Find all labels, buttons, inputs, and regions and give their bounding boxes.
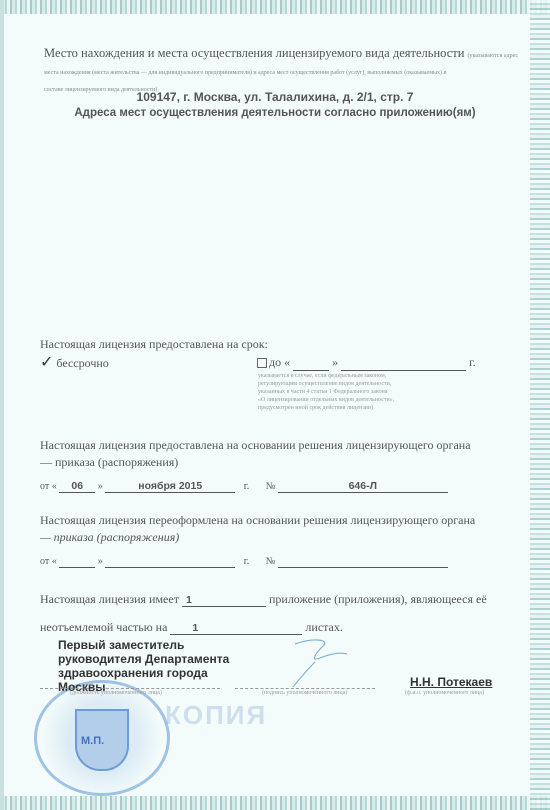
day-suffix: »: [98, 556, 103, 567]
checkmark-icon: ✓: [40, 352, 53, 371]
name-caption: (ф.и.о. уполномоченного лица): [405, 689, 484, 697]
reissued-number: [278, 555, 448, 568]
granted-basis-line-2: — приказа (распоряжения): [40, 455, 178, 470]
ornamental-border-left: [0, 0, 4, 810]
annex-suffix: приложение (приложения), являющееся её: [269, 592, 487, 606]
annex-line: Настоящая лицензия имеет 1 приложение (п…: [40, 592, 487, 607]
reissued-basis-line-1: Настоящая лицензия переоформлена на осно…: [40, 513, 475, 528]
official-stamp: М.П.: [34, 680, 170, 796]
address-main: 109147, г. Москва, ул. Талалихина, д. 2/…: [0, 90, 550, 104]
number-label: №: [266, 481, 276, 492]
note-line: указанных в части 4 статьи 1 Федеральног…: [258, 388, 428, 396]
note-line: «О лицензировании отдельных видов деятел…: [258, 396, 428, 404]
granted-month-year: ноября 2015: [105, 480, 235, 493]
position-line: руководителя Департамента: [58, 652, 229, 666]
ornamental-border-top: [0, 0, 550, 14]
term-until-day: [293, 355, 329, 371]
location-title-note: (указываются адрес: [468, 53, 519, 59]
reissued-basis-order: от « » г. №: [40, 555, 490, 568]
signatory-name: Н.Н. Потекаев: [410, 675, 492, 689]
year-suffix: г.: [244, 556, 249, 567]
term-until-mid: »: [332, 355, 338, 369]
day-suffix: »: [98, 481, 103, 492]
location-title: Место нахождения и места осуществления л…: [44, 46, 464, 60]
copy-watermark: КОПИЯ: [165, 700, 267, 731]
position-caption: (должность уполномоченного лица): [70, 689, 162, 697]
position-line: Первый заместитель: [58, 638, 229, 652]
term-until-suffix: г.: [469, 355, 476, 369]
term-until-prefix: до «: [269, 355, 290, 369]
note-line: регулирующим осуществление видов деятель…: [258, 380, 428, 388]
from-prefix: от «: [40, 556, 57, 567]
annex-prefix: Настоящая лицензия имеет: [40, 592, 179, 606]
term-until: до « » г.: [257, 355, 492, 371]
annex-count: 1: [182, 594, 266, 607]
reissued-month-year: [105, 555, 235, 568]
granted-day: 06: [59, 480, 95, 493]
signature-icon: [285, 632, 365, 692]
number-label: №: [266, 556, 276, 567]
location-note-line-2: места нахождения (места жительства — для…: [44, 70, 446, 76]
sheets-prefix: неотъемлемой частью на: [40, 620, 167, 634]
note-line: предусмотрен иной срок действия лицензии…: [258, 404, 428, 412]
term-label: Настоящая лицензия предоставлена на срок…: [40, 337, 268, 352]
addresses-per-annex: Адреса мест осуществления деятельности с…: [0, 107, 550, 119]
granted-basis-line-1: Настоящая лицензия предоставлена на осно…: [40, 438, 471, 453]
year-suffix: г.: [244, 481, 249, 492]
annex-sheets: 1: [170, 622, 302, 635]
reissued-day: [59, 555, 95, 568]
from-prefix: от «: [40, 481, 57, 492]
granted-basis-order: от « 06 » ноября 2015 г. № 646-Л: [40, 480, 490, 493]
term-indefinite-label: бессрочно: [56, 356, 108, 370]
term-until-note: указывается в случае, если федеральным з…: [258, 372, 428, 412]
license-page: Место нахождения и места осуществления л…: [0, 0, 550, 810]
note-line: указывается в случае, если федеральным з…: [258, 372, 428, 380]
term-until-month: [341, 355, 466, 371]
position-line: здравоохранения города: [58, 666, 229, 680]
stamp-text: М.П.: [81, 735, 104, 747]
ornamental-border-bottom: [0, 796, 550, 810]
reissued-basis-line-2: — приказа (распоряжения): [40, 530, 179, 545]
ornamental-border-right: [530, 0, 550, 810]
checkbox-icon: [257, 358, 267, 368]
term-indefinite: ✓ бессрочно: [40, 352, 109, 371]
signatory-position: Первый заместитель руководителя Департам…: [58, 638, 229, 694]
signature-caption: (подпись уполномоченного лица): [262, 689, 347, 697]
granted-number: 646-Л: [278, 480, 448, 493]
